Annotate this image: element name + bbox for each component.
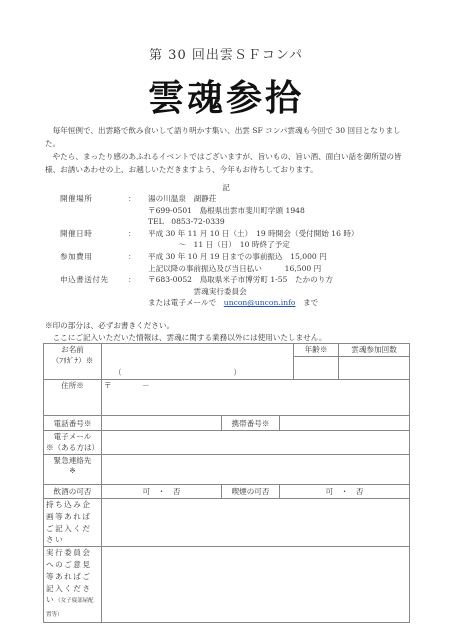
intro-paragraph-2: やたら、まったり感のあふれるイベントではございますが、旨いもの、旨い酒、面白い話… xyxy=(45,150,410,176)
registration-form: お名前 （ﾌﾘｶﾞﾅ）※ （ ） 年齢※ 雲魂参加回数 住所※ 〒 － 電話番号… xyxy=(43,343,410,623)
notes: ※印の部分は、必ずお書きください。 ここにご記入いただいた情報は、雲魂に関する業… xyxy=(45,320,326,344)
smoking-label: 喫煙の可否 xyxy=(222,485,280,499)
detail-datetime: 開催日時 ： 平成 30 年 11 月 10 日（土） 19 時開会（受付開始 … xyxy=(60,228,359,251)
address-label: 住所※ xyxy=(44,380,102,416)
opinion-label: 実行委員会へのご意見等あればご記入ください（女子寝部屋配置等） xyxy=(44,547,102,623)
plans-label: 持ち込み企画等あればご記入ください xyxy=(44,499,102,547)
phone-input[interactable] xyxy=(102,416,222,431)
required-note: ※印の部分は、必ずお書きください。 xyxy=(45,320,326,332)
email-label: 電子メール ※（ある方は） xyxy=(44,431,102,455)
detail-venue: 開催場所 ： 湯の川温泉 湖静荘 〒699-0501 島根県出雲市斐川町学頭 1… xyxy=(60,193,359,228)
intro-text: 毎年恒例で、出雲路で飲み食いして語り明かす集い、出雲 SF コンパ雲魂も今回で … xyxy=(45,124,410,176)
opinion-input[interactable] xyxy=(102,547,410,623)
address-input[interactable]: 〒 － xyxy=(102,380,410,416)
drinking-choice[interactable]: 可 ・ 否 xyxy=(102,485,222,499)
emergency-contact-input[interactable] xyxy=(102,455,410,485)
event-title: 雲魂参拾 xyxy=(0,70,452,121)
participation-count-input[interactable] xyxy=(339,357,410,380)
plans-input[interactable] xyxy=(102,499,410,547)
email-line: または電子メールで uncon@uncon.info まで xyxy=(148,297,333,309)
name-input[interactable]: （ ） xyxy=(102,344,294,380)
email-input[interactable] xyxy=(102,431,410,455)
email-link[interactable]: uncon@uncon.info xyxy=(224,298,296,307)
emergency-contact-label: 緊急連絡先 ※ xyxy=(44,455,102,485)
event-subtitle: 第 30 回出雲ＳＦコンパ xyxy=(0,44,452,63)
intro-paragraph-1: 毎年恒例で、出雲路で飲み食いして語り明かす集い、出雲 SF コンパ雲魂も今回で … xyxy=(45,124,410,150)
mobile-label: 携帯番号※ xyxy=(222,416,280,431)
detail-label: 開催日時 xyxy=(60,228,128,251)
drinking-label: 飲酒の可否 xyxy=(44,485,102,499)
detail-label: 参加費用 xyxy=(60,251,128,274)
detail-fee: 参加費用 ： 平成 30 年 10 月 19 日までの事前振込 15,000 円… xyxy=(60,251,359,274)
participation-count-label: 雲魂参加回数 xyxy=(339,344,410,357)
phone-label: 電話番号※ xyxy=(44,416,102,431)
age-input[interactable] xyxy=(294,357,339,380)
age-label: 年齢※ xyxy=(294,344,339,357)
detail-submit-to: 申込書送付先 ： 〒683-0052 鳥取県米子市博労町 1-55 たかのり方 … xyxy=(60,274,359,309)
details-heading: 記 xyxy=(0,182,452,193)
smoking-choice[interactable]: 可 ・ 否 xyxy=(280,485,410,499)
mobile-input[interactable] xyxy=(280,416,410,431)
detail-label: 開催場所 xyxy=(60,193,128,228)
event-details: 開催場所 ： 湯の川温泉 湖静荘 〒699-0501 島根県出雲市斐川町学頭 1… xyxy=(60,193,359,309)
name-label-cell: お名前 （ﾌﾘｶﾞﾅ）※ xyxy=(44,344,102,380)
detail-label: 申込書送付先 xyxy=(60,274,128,309)
